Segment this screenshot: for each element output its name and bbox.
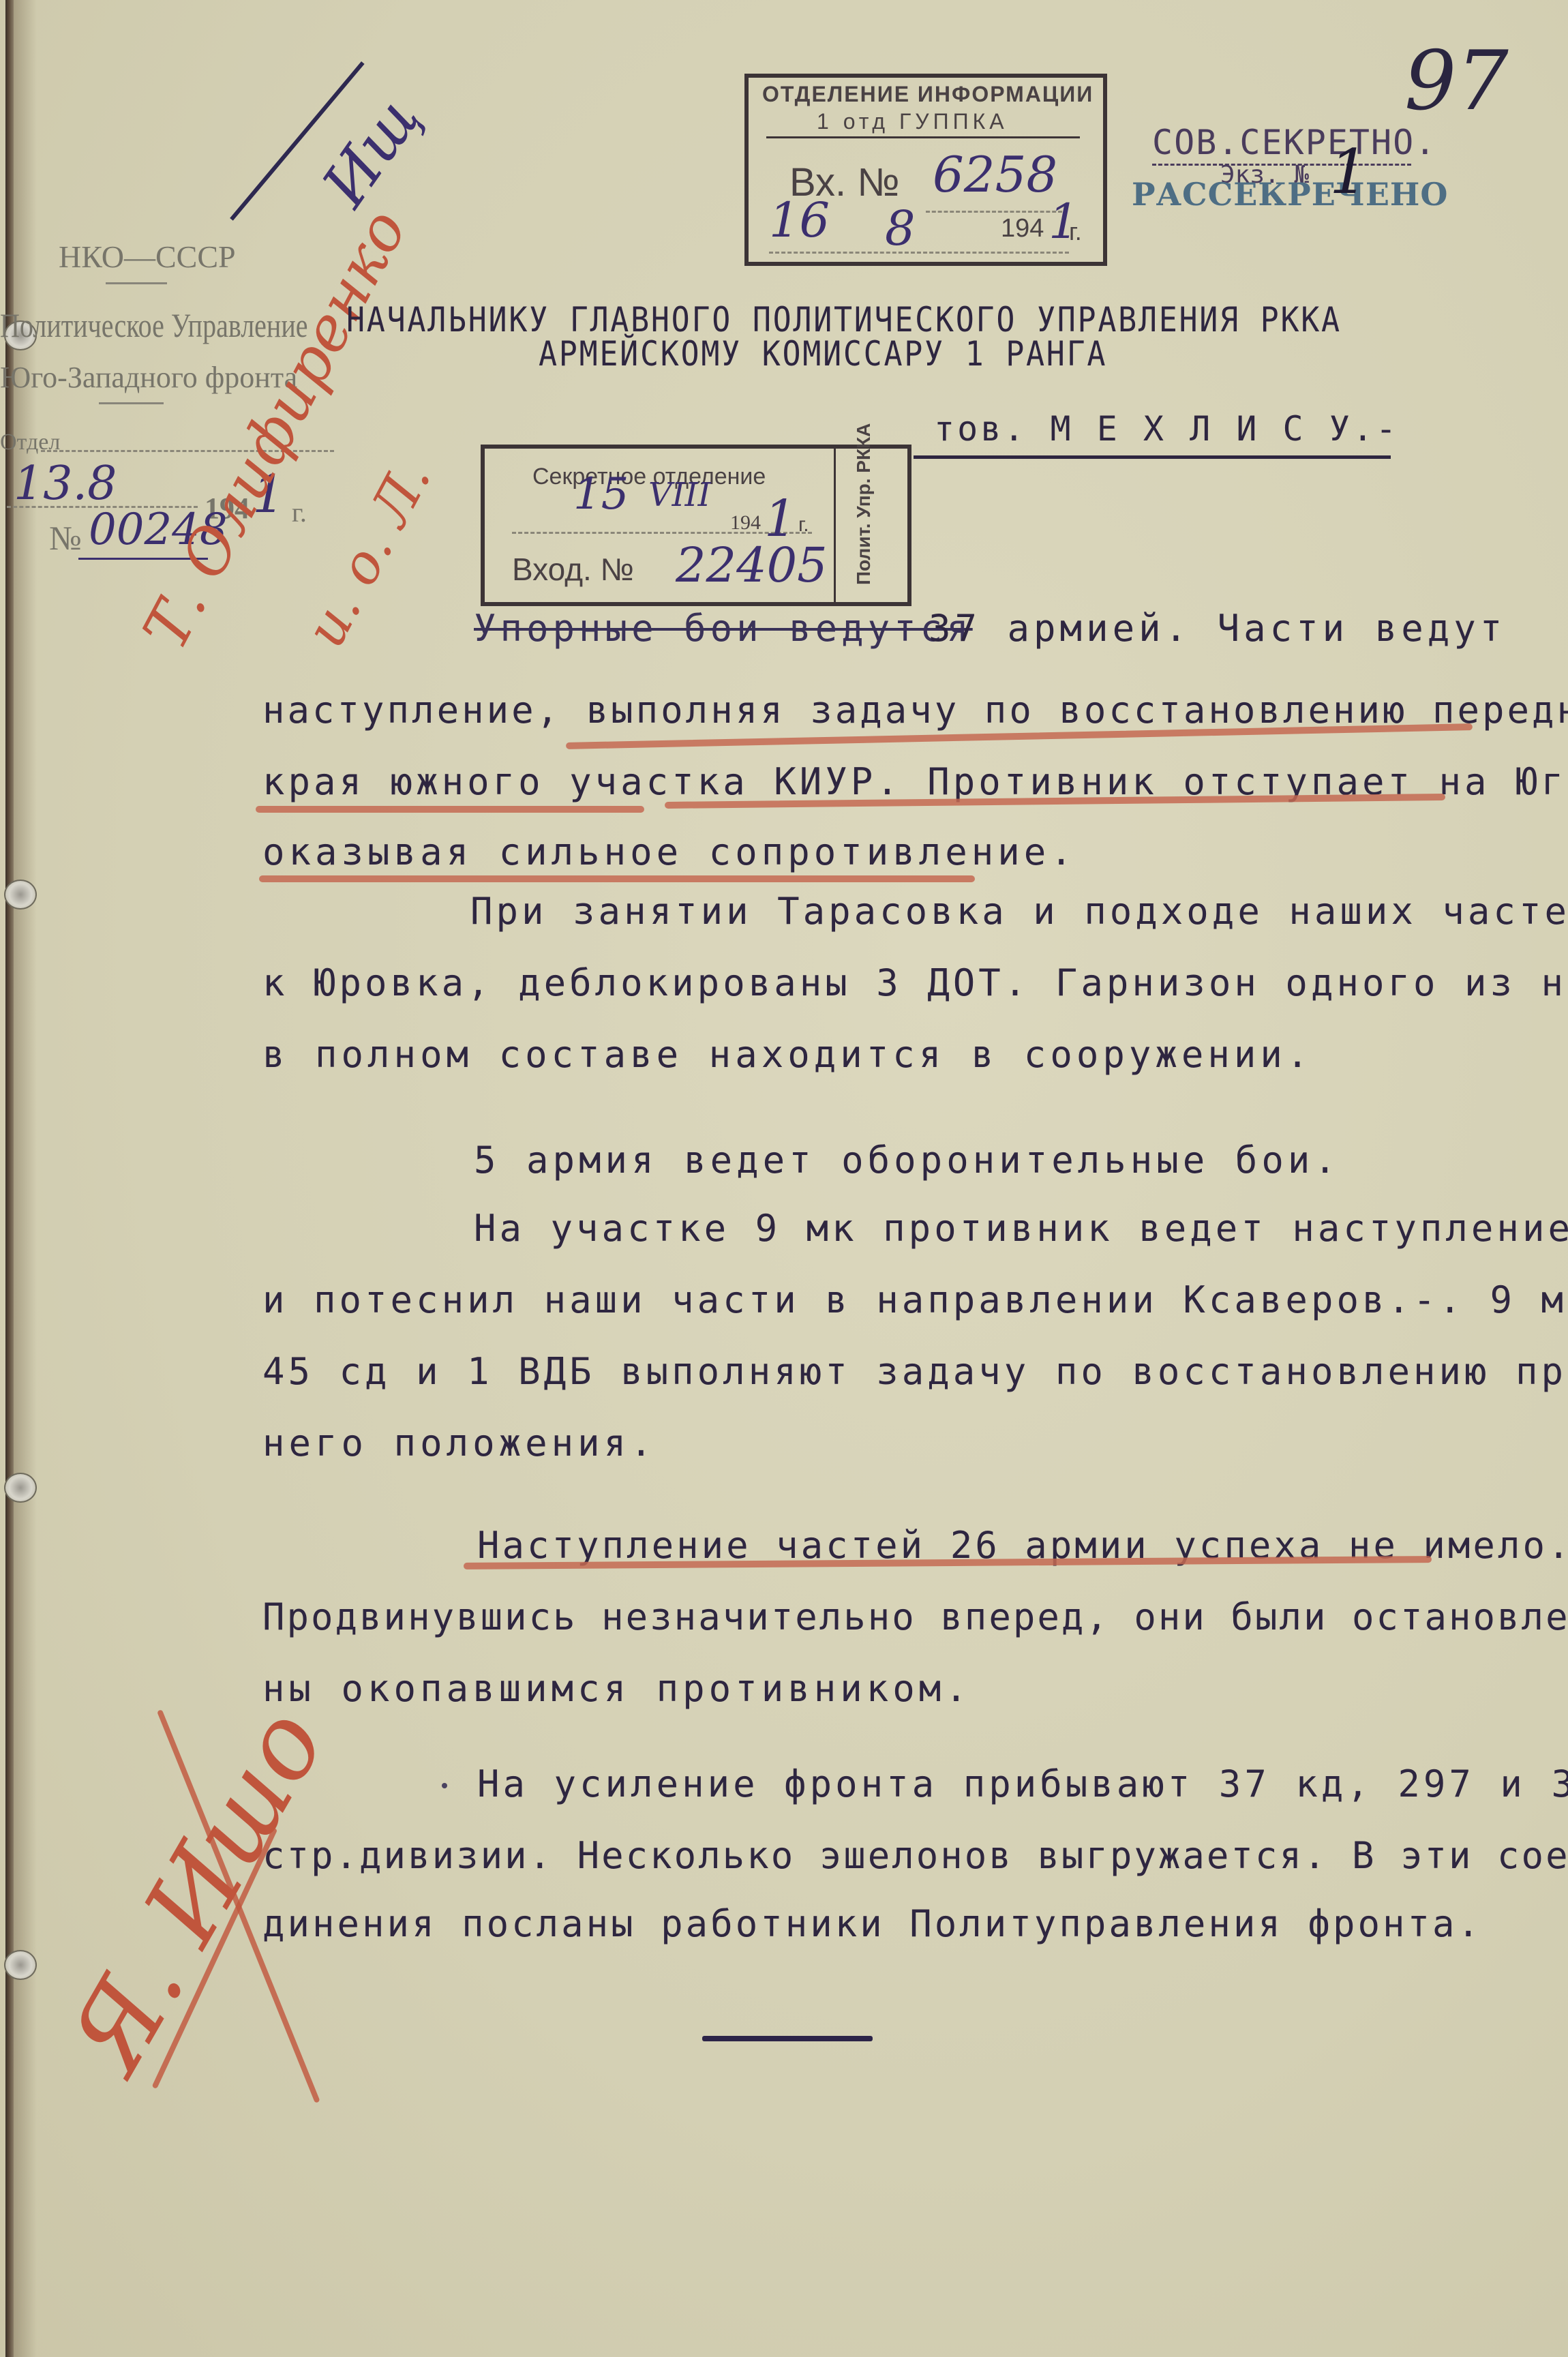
stamp-divider bbox=[834, 449, 836, 602]
stamp-secret-incoming-number: 22405 bbox=[676, 537, 828, 593]
body-p3-l1: 5 армия ведет оборонительные бои. bbox=[474, 1139, 1340, 1182]
document-page: Ищ ОТДЕЛЕНИЕ ИНФОРМАЦИИ 1 отд ГУППКА Вх.… bbox=[0, 0, 1568, 2357]
declassified-stamp: РАССЕКРЕЧЕНО bbox=[1132, 176, 1448, 213]
stamp-secret-year-suffix: г. bbox=[798, 513, 809, 537]
end-rule bbox=[702, 2036, 873, 2041]
red-signature: Я. Ишо bbox=[48, 1690, 348, 2091]
classification-secret: СОВ.СЕКРЕТНО. bbox=[1152, 123, 1436, 162]
stamp-secret-side-text: Полит. Упр. РККА bbox=[853, 423, 875, 585]
body-p4-l4: него положения. bbox=[262, 1422, 657, 1465]
secret-department-stamp: Секретное отделение 15 VIII 194 1 г. Вхо… bbox=[481, 445, 911, 606]
stamp-info-year-suffix: г. bbox=[1069, 217, 1082, 246]
stamp-info-subtitle: 1 отд ГУППКА bbox=[817, 109, 1008, 134]
stamp-secret-year-printed: 194 bbox=[730, 511, 761, 535]
binding-hole bbox=[4, 1950, 37, 1980]
binding-hole bbox=[4, 880, 37, 910]
body-p6-l3: динения посланы работники Политуправлени… bbox=[262, 1902, 1482, 1945]
body-p6-l1: На усиление фронта прибывают 37 кд, 297 … bbox=[477, 1762, 1568, 1805]
stamp-info-incoming-number: 6258 bbox=[933, 146, 1057, 203]
stamp-info-title: ОТДЕЛЕНИЕ ИНФОРМАЦИИ bbox=[762, 82, 1094, 107]
body-p2-l2: к Юровка, деблокированы 3 ДОТ. Гарнизон … bbox=[262, 961, 1568, 1004]
header-org: НКО—СССР bbox=[59, 239, 236, 275]
body-p5-l3: ны окопавшимся противником. bbox=[262, 1667, 971, 1710]
stamp-secret-incoming-label: Вход. № bbox=[512, 551, 634, 588]
addressee-line2: АРМЕЙСКОМУ КОМИССАРУ 1 РАНГА bbox=[539, 334, 1107, 374]
header-date-handwritten: 13.8 bbox=[14, 457, 117, 511]
body-p4-l3: 45 сд и 1 ВДБ выполняют задачу по восста… bbox=[262, 1350, 1568, 1393]
body-p2-l3: в полном составе находится в сооружении. bbox=[262, 1033, 1312, 1076]
stamp-secret-day: 15 bbox=[573, 469, 629, 520]
header-rule bbox=[106, 282, 167, 284]
info-department-stamp: ОТДЕЛЕНИЕ ИНФОРМАЦИИ 1 отд ГУППКА Вх. № … bbox=[744, 74, 1107, 266]
header-dept-line1: Политическое Управление bbox=[0, 305, 307, 345]
binding-spine bbox=[5, 0, 14, 2357]
body-p5-l2: Продвинувшись незначительно вперед, они … bbox=[262, 1595, 1568, 1638]
stamp-info-year-printed: 194 bbox=[1001, 214, 1044, 243]
page-number-handwritten: 97 bbox=[1404, 34, 1509, 129]
body-p1-l4: оказывая сильное сопротивление. bbox=[262, 830, 1076, 873]
body-p1-l1: 37 армией. Части ведут bbox=[929, 607, 1506, 650]
body-struck-text: Упорные бои ведутся bbox=[474, 607, 973, 650]
body-p2-l1: При занятии Тарасовка и подходе наших ча… bbox=[470, 890, 1568, 933]
header-number-label: № bbox=[49, 518, 82, 558]
body-p4-l2: и потеснил наши части в направлении Ксав… bbox=[262, 1278, 1568, 1321]
body-p4-l1: На участке 9 мк противник ведет наступле… bbox=[474, 1207, 1568, 1250]
dotted-line bbox=[926, 211, 1062, 213]
red-underline bbox=[256, 806, 644, 813]
copy-number-handwritten: 1 bbox=[1329, 136, 1368, 208]
header-dept-line2: Юго-Западного фронта bbox=[0, 360, 297, 395]
red-resolution-line2: и. о. Л. bbox=[293, 451, 443, 657]
addressee-underline bbox=[914, 455, 1391, 459]
stamp-info-day: 16 bbox=[769, 192, 830, 248]
margin-dot bbox=[442, 1783, 447, 1788]
stamp-divider bbox=[766, 136, 1080, 138]
stamp-info-month: 8 bbox=[885, 200, 916, 256]
header-year-suffix: г. bbox=[292, 496, 307, 528]
dotted-line bbox=[769, 252, 1069, 254]
binding-shadow bbox=[14, 0, 37, 2357]
body-p6-l2: стр.дивизии. Несколько эшелонов выгружае… bbox=[262, 1834, 1568, 1877]
addressee-line3: тов. М Е Х Л И С У.- bbox=[934, 409, 1399, 449]
binding-hole bbox=[4, 1473, 37, 1503]
stamp-secret-month: VIII bbox=[648, 476, 711, 514]
red-underline bbox=[259, 875, 975, 882]
header-rule bbox=[99, 402, 164, 404]
